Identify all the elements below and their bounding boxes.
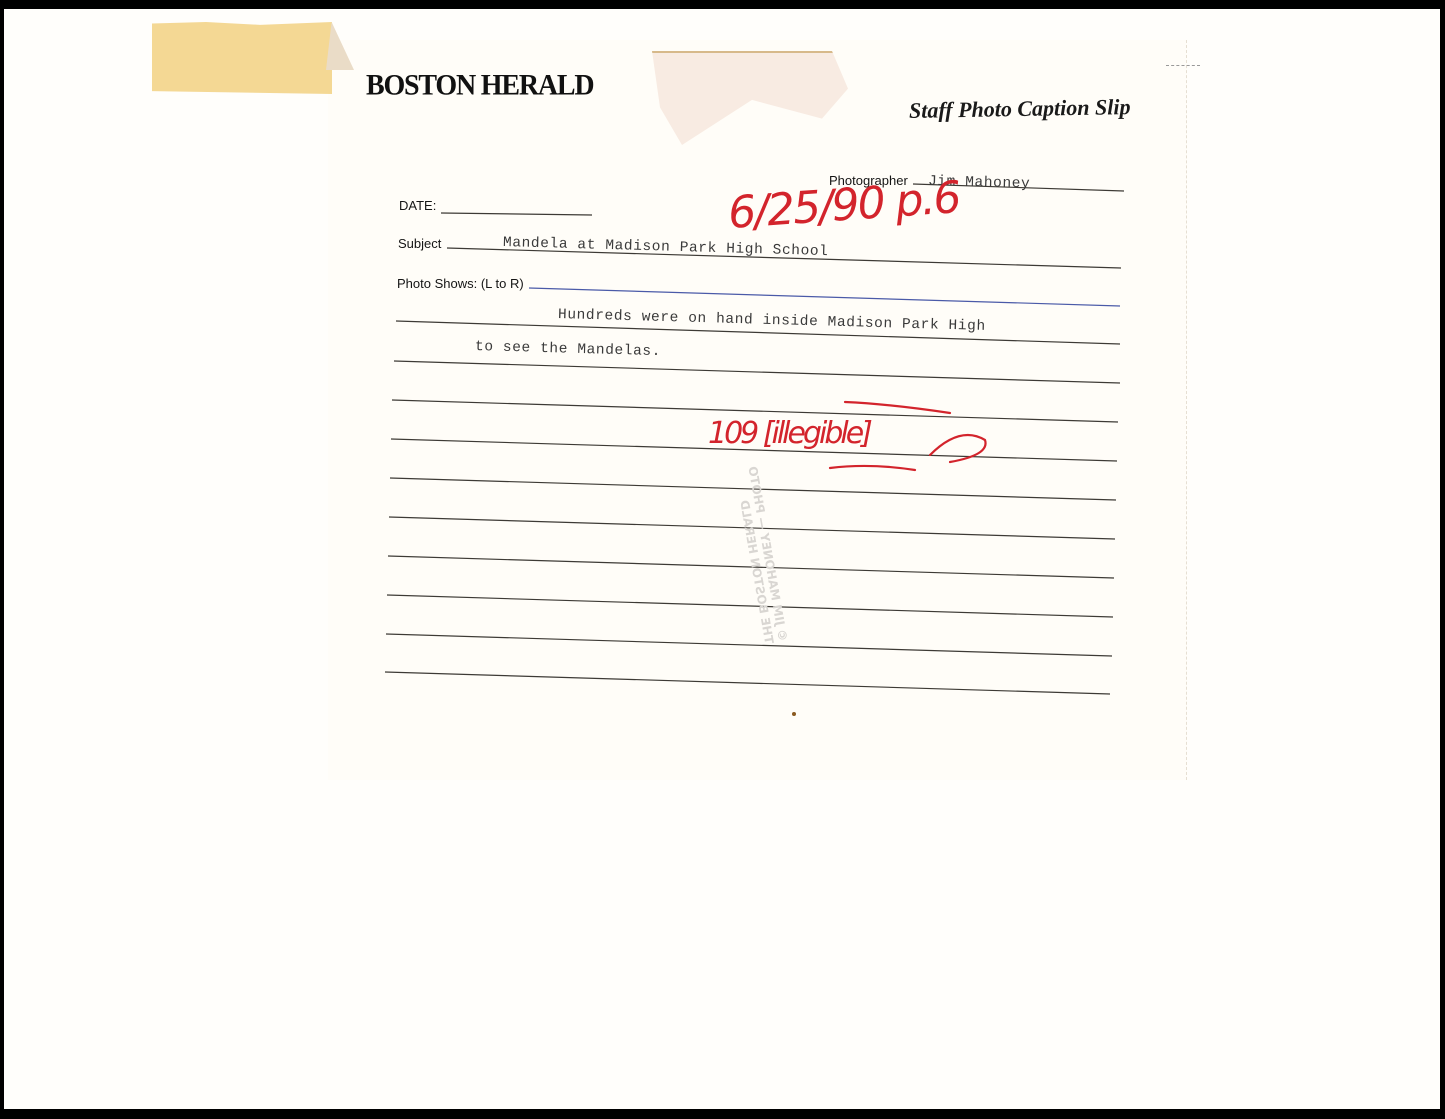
handwritten-note: 109 [illegible] — [708, 416, 870, 451]
photo-shows-label: Photo Shows: (L to R) — [397, 276, 524, 291]
photo-shows-line — [529, 288, 1120, 306]
date-line — [441, 213, 592, 215]
form-rule-lines — [0, 0, 1445, 1119]
ink-speck — [792, 712, 796, 716]
subject-label: Subject — [398, 236, 441, 251]
date-label: DATE: — [399, 198, 436, 213]
